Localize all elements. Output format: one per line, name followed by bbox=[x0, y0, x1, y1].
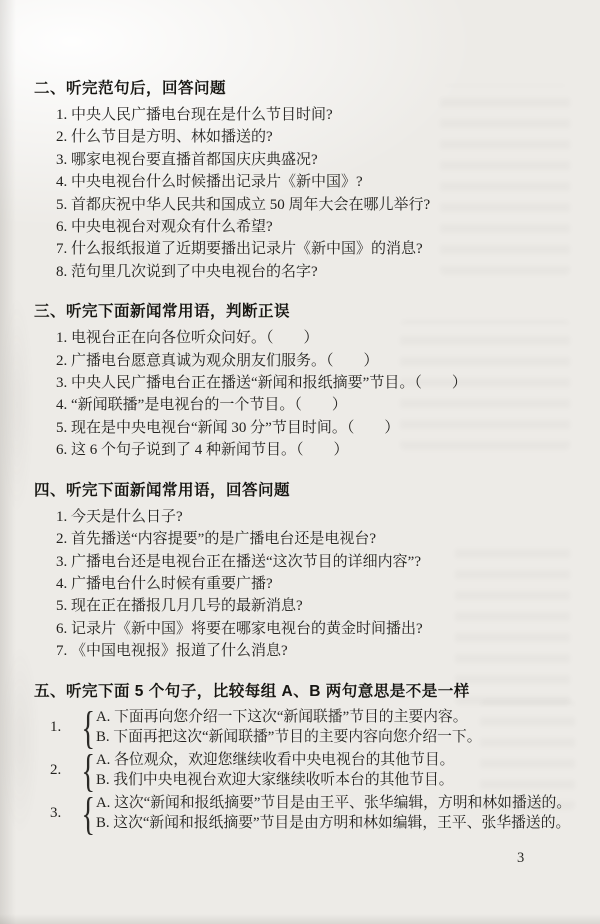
question-item: 4. 中央电视台什么时候播出记录片《新中国》? bbox=[56, 171, 574, 193]
section-4-questions: 1. 今天是什么日子? 2. 首先播送“内容提要”的是广播电台还是电视台? 3.… bbox=[34, 506, 574, 663]
true-false-item: 3. 中央人民广播电台正在播送“新闻和报纸摘要”节目。（ ） bbox=[56, 372, 574, 394]
brace-glyph: { bbox=[81, 750, 92, 791]
section-4: 四、听完下面新闻常用语，回答问题 1. 今天是什么日子? 2. 首先播送“内容提… bbox=[34, 478, 574, 663]
question-item: 6. 中央电视台对观众有什么希望? bbox=[56, 216, 574, 238]
page-gutter-shadow bbox=[0, 0, 16, 924]
section-3-title: 三、听完下面新闻常用语，判断正误 bbox=[34, 299, 574, 325]
true-false-item: 5. 现在是中央电视台“新闻 30 分”节目时间。（ ） bbox=[56, 417, 574, 439]
brace-glyph: { bbox=[81, 707, 92, 748]
question-item: 2. 什么节目是方明、林如播送的? bbox=[56, 126, 574, 148]
sentence-pair-3: 3. { A. 这次“新闻和报纸摘要”节目是由王平、张华编辑，方明和林如播送的。… bbox=[34, 793, 574, 834]
question-item: 4. 广播电台什么时候有重要广播? bbox=[56, 573, 574, 595]
sentence-a: A. 这次“新闻和报纸摘要”节目是由王平、张华编辑，方明和林如播送的。 bbox=[96, 793, 574, 814]
question-item: 1. 今天是什么日子? bbox=[56, 506, 574, 528]
page-bottom-shadow bbox=[0, 914, 600, 924]
question-item: 3. 广播电台还是电视台正在播送“这次节目的详细内容”? bbox=[56, 551, 574, 573]
page-number: 3 bbox=[517, 850, 524, 867]
question-item: 2. 首先播送“内容提要”的是广播电台还是电视台? bbox=[56, 528, 574, 550]
sentence-pair-1: 1. { A. 下面再向您介绍一下这次“新闻联播”节目的主要内容。 B. 下面再… bbox=[34, 707, 574, 748]
section-5-title: 五、听完下面 5 个句子，比较每组 A、B 两句意思是不是一样 bbox=[34, 679, 574, 705]
section-3: 三、听完下面新闻常用语，判断正误 1. 电视台正在向各位听众问好。（ ） 2. … bbox=[34, 299, 574, 461]
sentence-a: A. 各位观众，欢迎您继续收看中央电视台的其他节目。 bbox=[96, 750, 574, 771]
section-2-title: 二、听完范句后，回答问题 bbox=[34, 76, 574, 102]
question-item: 7. 什么报纸报道了近期要播出记录片《新中国》的消息? bbox=[56, 238, 574, 260]
question-item: 6. 记录片《新中国》将要在哪家电视台的黄金时间播出? bbox=[56, 618, 574, 640]
brace-glyph: { bbox=[81, 793, 92, 834]
question-item: 1. 中央人民广播电台现在是什么节目时间? bbox=[56, 104, 574, 126]
section-2: 二、听完范句后，回答问题 1. 中央人民广播电台现在是什么节目时间? 2. 什么… bbox=[34, 76, 574, 283]
scanned-textbook-page: 二、听完范句后，回答问题 1. 中央人民广播电台现在是什么节目时间? 2. 什么… bbox=[0, 0, 600, 924]
page-content: 二、听完范句后，回答问题 1. 中央人民广播电台现在是什么节目时间? 2. 什么… bbox=[34, 76, 574, 850]
pair-number: 2. bbox=[34, 762, 78, 779]
section-3-statements: 1. 电视台正在向各位听众问好。（ ） 2. 广播电台愿意真诚为观众朋友们服务。… bbox=[34, 327, 574, 461]
pair-number: 3. bbox=[34, 805, 78, 822]
section-2-questions: 1. 中央人民广播电台现在是什么节目时间? 2. 什么节目是方明、林如播送的? … bbox=[34, 104, 574, 283]
sentence-pair-2: 2. { A. 各位观众，欢迎您继续收看中央电视台的其他节目。 B. 我们中央电… bbox=[34, 750, 574, 791]
question-item: 8. 范句里几次说到了中央电视台的名字? bbox=[56, 261, 574, 283]
true-false-item: 4. “新闻联播”是电视台的一个节目。（ ） bbox=[56, 394, 574, 416]
true-false-item: 6. 这 6 个句子说到了 4 种新闻节目。（ ） bbox=[56, 439, 574, 461]
sentence-a: A. 下面再向您介绍一下这次“新闻联播”节目的主要内容。 bbox=[96, 707, 574, 728]
bleed-through-smudge bbox=[0, 290, 34, 520]
question-item: 3. 哪家电视台要直播首都国庆庆典盛况? bbox=[56, 149, 574, 171]
true-false-item: 2. 广播电台愿意真诚为观众朋友们服务。（ ） bbox=[56, 350, 574, 372]
pair-number: 1. bbox=[34, 719, 78, 736]
sentence-b: B. 我们中央电视台欢迎大家继续收听本台的其他节目。 bbox=[96, 770, 574, 791]
section-4-title: 四、听完下面新闻常用语，回答问题 bbox=[34, 478, 574, 504]
question-item: 5. 首都庆祝中华人民共和国成立 50 周年大会在哪儿举行? bbox=[56, 194, 574, 216]
section-5: 五、听完下面 5 个句子，比较每组 A、B 两句意思是不是一样 1. { A. … bbox=[34, 679, 574, 834]
question-item: 5. 现在正在播报几月几号的最新消息? bbox=[56, 595, 574, 617]
question-item: 7. 《中国电视报》报道了什么消息? bbox=[56, 640, 574, 662]
sentence-b: B. 这次“新闻和报纸摘要”节目是由方明和林如编辑，王平、张华播送的。 bbox=[96, 813, 574, 834]
true-false-item: 1. 电视台正在向各位听众问好。（ ） bbox=[56, 327, 574, 349]
sentence-b: B. 下面再把这次“新闻联播”节目的主要内容向您介绍一下。 bbox=[96, 727, 574, 748]
